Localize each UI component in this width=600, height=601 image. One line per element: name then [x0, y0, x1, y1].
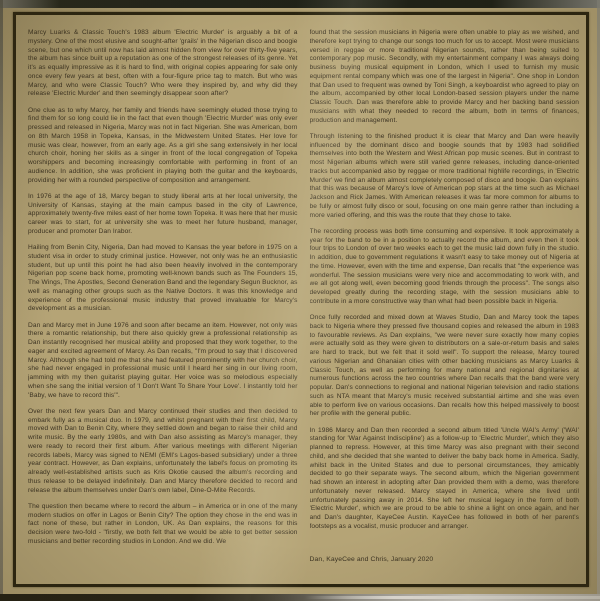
album-liner-notes-photo: Marcy Luarks & Classic Touch's 1983 albu…: [0, 0, 600, 601]
paragraph: In 1976 at the age of 18, Marcy began to…: [28, 193, 298, 237]
paragraph: Once fully recorded and mixed down at Wa…: [310, 314, 580, 419]
photo-left-edge-shadow: [0, 0, 3, 601]
left-column: Marcy Luarks & Classic Touch's 1983 albu…: [28, 29, 298, 580]
background-surface-sliver: [305, 596, 600, 599]
paragraph: One clue as to why Marcy, her family and…: [28, 107, 298, 186]
photo-bottom-edge-shadow: [0, 594, 600, 601]
liner-notes-text: Marcy Luarks & Classic Touch's 1983 albu…: [28, 29, 579, 580]
paragraph: Hailing from Benin City, Nigeria, Dan ha…: [28, 244, 298, 314]
paragraph: found that the session musicians in Nige…: [310, 29, 580, 125]
photo-top-edge-shadow: [0, 0, 600, 8]
paragraph: Marcy Luarks & Classic Touch's 1983 albu…: [28, 29, 298, 99]
signature-line: Dan, KayeCee and Chris, January 2020: [310, 556, 434, 565]
paragraph: Through listening to the finished produc…: [310, 133, 580, 221]
right-column: found that the session musicians in Nige…: [310, 29, 580, 580]
paragraph: Over the next few years Dan and Marcy co…: [28, 408, 298, 496]
paragraph: Dan and Marcy met in June 1976 and soon …: [28, 322, 298, 401]
paragraph: The recording process was both time cons…: [310, 228, 580, 307]
paragraph: The question then became where to record…: [28, 503, 298, 547]
paragraph: In 1986 Marcy and Dan then recorded a se…: [310, 427, 580, 532]
